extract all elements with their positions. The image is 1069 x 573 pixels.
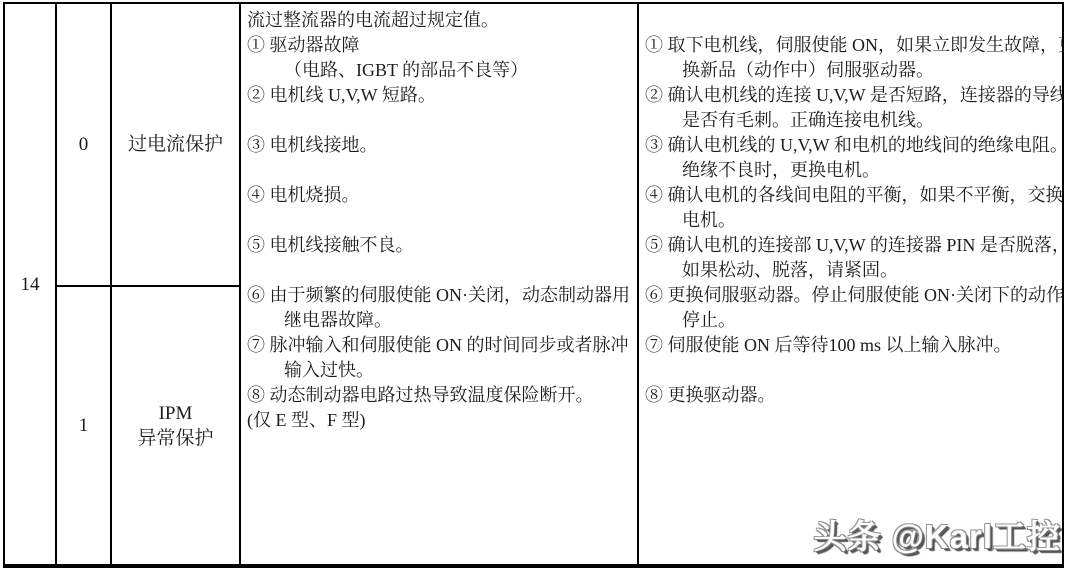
remedy-line: 电机。 xyxy=(645,208,1060,233)
cause-line: （电路、IGBT 的部品不良等） xyxy=(247,58,635,83)
remedy-line xyxy=(645,358,1060,383)
fault-name-column: 过电流保护 IPM 异常保护 xyxy=(112,4,241,564)
remedy-line: ⑧ 更换驱动器。 xyxy=(645,383,1060,408)
remedy-line: 如果松动、脱落，请紧固。 xyxy=(645,258,1060,283)
sub-code-cell-1: 1 xyxy=(57,287,110,564)
cause-line xyxy=(247,208,635,233)
cause-line: 输入过快。 xyxy=(247,358,635,383)
cause-line: (仅 E 型、F 型) xyxy=(247,408,635,433)
fault-table: 14 0 1 过电流保护 IPM 异常保护 流过整流器的电流超过规定值。 ① 驱… xyxy=(3,2,1064,568)
sub-code-0: 0 xyxy=(79,132,89,157)
cause-line xyxy=(247,158,635,183)
sub-code-cell-0: 0 xyxy=(57,4,110,287)
remedy-line: ⑤ 确认电机的连接部 U,V,W 的连接器 PIN 是否脱落， xyxy=(645,233,1060,258)
cause-line: 继电器故障。 xyxy=(247,308,635,333)
fault-name-0: 过电流保护 xyxy=(128,132,223,157)
remedy-line: ⑦ 伺服使能 ON 后等待100 ms 以上输入脉冲。 xyxy=(645,333,1060,358)
remedy-line: ④ 确认电机的各线间电阻的平衡，如果不平衡，交换 xyxy=(645,183,1060,208)
fault-name-cell-0: 过电流保护 xyxy=(112,4,239,287)
remedy-line: 是否有毛刺。正确连接电机线。 xyxy=(645,108,1060,133)
cause-line: ④ 电机烧损。 xyxy=(247,183,635,208)
remedy-line: ① 取下电机线，伺服使能 ON，如果立即发生故障，更 xyxy=(645,33,1060,58)
cause-line: ② 电机线 U,V,W 短路。 xyxy=(247,83,635,108)
fault-name-cell-1: IPM 异常保护 xyxy=(112,287,239,564)
remedies-cell: ① 取下电机线，伺服使能 ON，如果立即发生故障，更 换新品（动作中）伺服驱动器… xyxy=(639,4,1062,564)
sub-code-1: 1 xyxy=(79,413,89,438)
causes-cell: 流过整流器的电流超过规定值。 ① 驱动器故障 （电路、IGBT 的部品不良等） … xyxy=(241,4,639,564)
cause-line xyxy=(247,258,635,283)
cause-line: ① 驱动器故障 xyxy=(247,33,635,58)
remedy-line xyxy=(645,8,1060,33)
cause-line: ③ 电机线接地。 xyxy=(247,133,635,158)
cause-line: ⑥ 由于频繁的伺服使能 ON·关闭，动态制动器用 xyxy=(247,283,635,308)
remedy-line: 停止。 xyxy=(645,308,1060,333)
remedy-line: ③ 确认电机线的 U,V,W 和电机的地线间的绝缘电阻。 xyxy=(645,133,1060,158)
fault-name-1-line1: IPM xyxy=(159,401,193,426)
cause-line: ⑤ 电机线接触不良。 xyxy=(247,233,635,258)
fault-name-1-line2: 异常保护 xyxy=(137,426,213,451)
manual-page: 14 0 1 过电流保护 IPM 异常保护 流过整流器的电流超过规定值。 ① 驱… xyxy=(0,0,1069,573)
sub-code-column: 0 1 xyxy=(57,4,112,564)
remedy-line: ⑥ 更换伺服驱动器。停止伺服使能 ON·关闭下的动作· xyxy=(645,283,1060,308)
error-code-cell: 14 xyxy=(5,4,57,564)
remedy-line: ② 确认电机线的连接 U,V,W 是否短路，连接器的导线 xyxy=(645,83,1060,108)
cause-line: ⑦ 脉冲输入和伺服使能 ON 的时间同步或者脉冲 xyxy=(247,333,635,358)
cause-line: 流过整流器的电流超过规定值。 xyxy=(247,8,635,33)
cause-line: ⑧ 动态制动器电路过热导致温度保险断开。 xyxy=(247,383,635,408)
error-code: 14 xyxy=(21,272,40,297)
remedy-line: 绝缘不良时，更换电机。 xyxy=(645,158,1060,183)
cause-line xyxy=(247,108,635,133)
remedy-line: 换新品（动作中）伺服驱动器。 xyxy=(645,58,1060,83)
